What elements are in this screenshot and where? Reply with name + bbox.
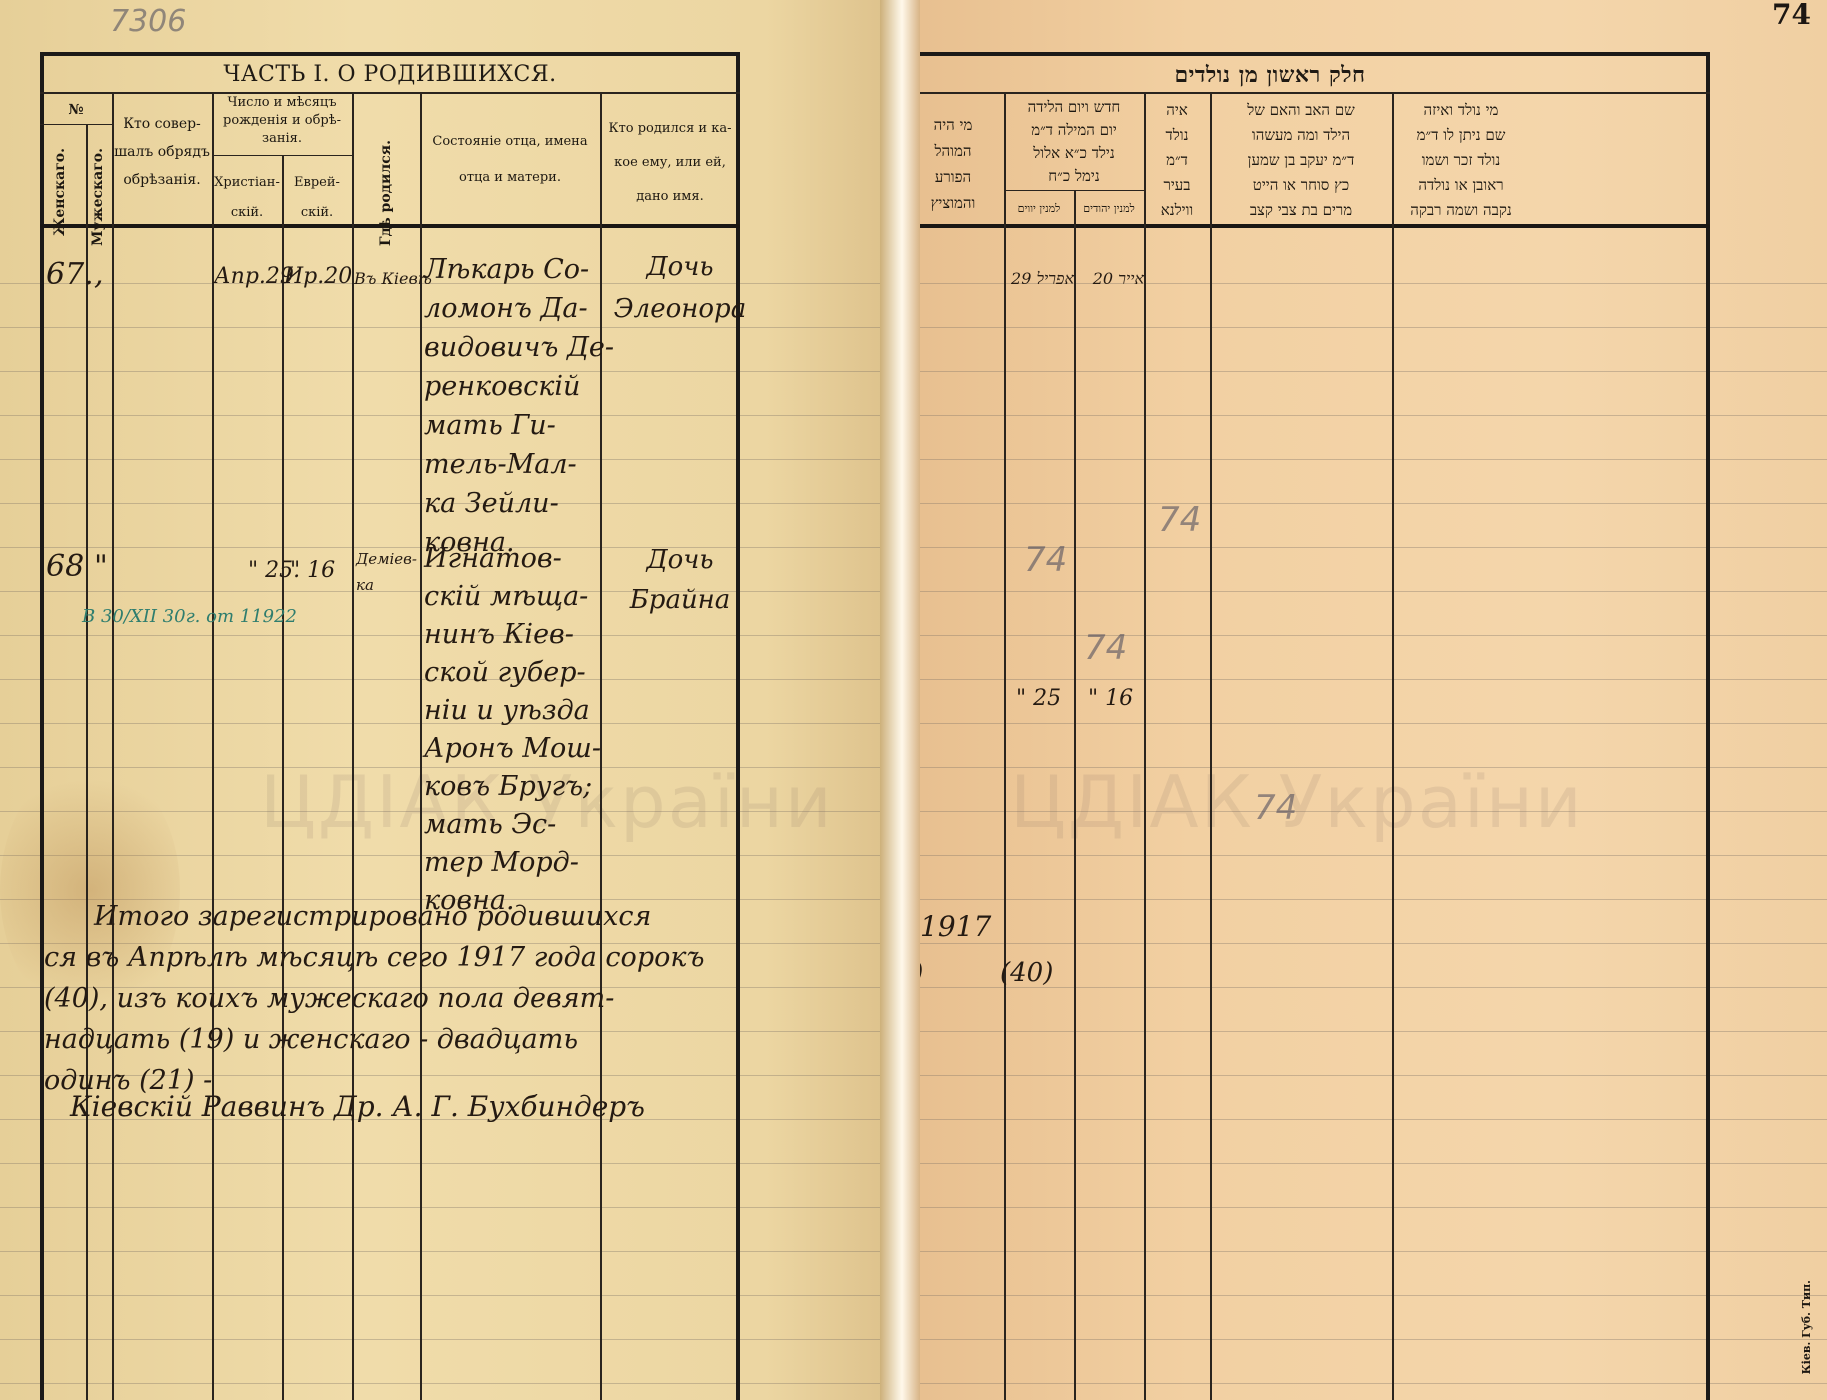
child-name: Дочь Элеонора (610, 246, 750, 330)
left-page-title: ЧАСТЬ I. О РОДИВШИХСЯ. (40, 62, 740, 87)
birth-place: Демiев- ка (356, 546, 417, 598)
jewish-date: אייר 20 (1076, 252, 1144, 306)
place-header-line: בעיר (1144, 173, 1210, 198)
gregorian-date: אפריל 29 (1006, 252, 1074, 306)
parents-header-line: שם האב והאם של (1210, 98, 1392, 123)
child-line: Брайна (610, 580, 750, 620)
christian-header-line: Христіан- (212, 168, 282, 198)
child-name: Дочь Брайна (610, 540, 750, 620)
pencil-page-mark: 74 (1084, 628, 1127, 668)
parents-header-line: отца и матери. (420, 160, 600, 196)
date-header-line: נילד כ״א אלול (1004, 142, 1144, 165)
summary-line: (40), изъ коихъ мужескаго пола девят- (44, 978, 764, 1019)
gregorian-header: למנין יווים (1004, 196, 1074, 222)
parents-line: тель-Мал- (424, 445, 614, 484)
christian-header-line: скій. (212, 198, 282, 228)
jewish-header-line: Еврей- (282, 168, 352, 198)
sub-divider (1004, 190, 1144, 191)
place-header-line: איה (1144, 98, 1210, 123)
parents-line: Лѣкарь Со- (424, 250, 614, 289)
date-header-line: Число и мѣсяцъ (212, 94, 352, 112)
place-header-line: ווילנא (1144, 198, 1210, 223)
printer-mark: Кiев. Губ. Тип. (1800, 1280, 1813, 1374)
child-line: Дочь (610, 540, 750, 580)
page-number: 74 (1772, 0, 1811, 31)
parents-header-line: Состояніе отца, имена (420, 124, 600, 160)
parents-header-line: כץ סוחר או הייט (1210, 173, 1392, 198)
col-line (86, 125, 88, 1400)
entry-male-mark: , (94, 248, 104, 302)
entry-number: 67. (46, 248, 94, 302)
parents-line: мать Ги- (424, 406, 614, 445)
mohel-header-line: והמוציץ (920, 190, 1004, 216)
date-header-line: חדש ויום הלידה (1004, 96, 1144, 119)
child-header: Кто родился и ка- кое ему, или ей, дано … (600, 112, 740, 214)
archive-number: 7306 (110, 4, 186, 39)
place-header-line: ד״מ (1144, 148, 1210, 173)
entry-male-mark: " (94, 540, 108, 594)
date-header-line: יום המילה ד״מ (1004, 119, 1144, 142)
parents-line: скій мѣща- (424, 578, 601, 616)
child-header: מי נולד ואיזה שם ניתן לו ד״מ נולד זכר וש… (1392, 98, 1530, 223)
col-line (1144, 92, 1146, 1400)
child-header-line: кое ему, или ей, (600, 146, 740, 180)
parents-header-line: הילד ומה מעשהו (1210, 123, 1392, 148)
jewish-date: " 16 (1088, 672, 1133, 726)
right-page-title: חלק ראשון מן נולדים (920, 62, 1710, 88)
col-line (282, 155, 284, 1400)
parents-header-line: מרים בת צבי קצב (1210, 198, 1392, 223)
place-header: איה נולד ד״מ בעיר ווילנא (1144, 98, 1210, 223)
parents-line: ковъ Бругъ; (424, 768, 601, 806)
hebrew-summary-year: 1917 (920, 900, 991, 954)
col-line (1210, 92, 1212, 1400)
date-header-line: נימל כ״ח (1004, 165, 1144, 188)
parents-line: ніи и уѣзда (424, 692, 601, 730)
parents-line: тер Морд- (424, 844, 601, 882)
performer-header-line: Кто совер- (112, 110, 212, 138)
hebrew-summary-count-male: (19) (920, 946, 923, 1000)
child-line: Элеонора (610, 288, 750, 330)
pencil-page-mark: 74 (1024, 540, 1067, 580)
child-header-line: Кто родился и ка- (600, 112, 740, 146)
child-header-line: ראובן או נולדה (1392, 173, 1530, 198)
date-header: חדש ויום הלידה יום המילה ד״מ נילד כ״א אל… (1004, 96, 1144, 188)
male-header: Мужескаго. (90, 148, 106, 246)
jewish-date: Ир.20 (284, 250, 352, 304)
jewish-header-line: скій. (282, 198, 352, 228)
parents-header: Состояніе отца, имена отца и матери. (420, 124, 600, 196)
place-header-line: נולד (1144, 123, 1210, 148)
mohel-header-line: מי היה (920, 112, 1004, 138)
parents-line: ренковскій (424, 367, 614, 406)
female-header: Женскаго. (52, 148, 68, 236)
sub-divider (40, 124, 112, 125)
mohel-header-line: המוהל (920, 138, 1004, 164)
summary-line: надцать (19) и женскаго - двадцать (44, 1019, 764, 1060)
summary-line: ся въ Апрѣлѣ мѣсяцѣ сего 1917 года сорок… (44, 937, 764, 978)
child-header-line: дано имя. (600, 180, 740, 214)
date-header: Число и мѣсяцъ рожденія и обрѣ- занія. (212, 94, 352, 148)
left-page: ЦДІАК України 7306 ЧАСТЬ I. О РОДИВШИХСЯ… (0, 0, 900, 1400)
parents-text: Игнатов- скій мѣща- нинъ Кіев- ской губе… (424, 540, 601, 920)
col-line (1074, 190, 1076, 1400)
jewish-date: " 16 (290, 544, 335, 598)
gregorian-date: " 25 (1016, 672, 1061, 726)
parents-line: Аронъ Мош- (424, 730, 601, 768)
child-line: Дочь (610, 246, 750, 288)
right-page: ЦДІАК України 74 חלק ראשון מן נולדים מספ… (920, 0, 1827, 1400)
number-header: № (40, 96, 112, 124)
place-line: Демiев- (356, 546, 417, 572)
mohel-header: מי היה המוהל הפורע והמוציץ (920, 112, 1004, 216)
performer-header-line: обрѣзанія. (112, 166, 212, 194)
mohel-header-line: הפורע (920, 164, 1004, 190)
parents-line: нинъ Кіев- (424, 616, 601, 654)
jewish-header: Еврей- скій. (282, 168, 352, 228)
hebrew-summary-count-total: (40) (1000, 946, 1053, 1000)
performer-header-line: шалъ обрядъ (112, 138, 212, 166)
green-annotation: В 30/XII 30г. от 11922 (82, 590, 297, 644)
sub-divider (212, 155, 352, 156)
entry-number: 68 (46, 540, 84, 594)
parents-header: שם האב והאם של הילד ומה מעשהו ד״מ יעקב ב… (1210, 98, 1392, 223)
header-divider (920, 224, 1710, 228)
child-header-line: נולד זכר ושמו (1392, 148, 1530, 173)
col-line (112, 92, 114, 1400)
monthly-summary: Итого зарегистрировано родившихся ся въ … (44, 896, 764, 1101)
parents-line: Игнатов- (424, 540, 601, 578)
pencil-page-mark: 74 (1254, 788, 1297, 828)
performer-header: Кто совер- шалъ обрядъ обрѣзанія. (112, 110, 212, 194)
rabbi-signature: Кіевскій Раввинъ Др. А. Г. Бухбиндеръ (70, 1080, 645, 1134)
parents-line: видовичъ Де- (424, 328, 614, 367)
title-divider (40, 92, 740, 94)
place-header: Гдѣ родился. (378, 140, 394, 246)
parents-line: ка Зейли- (424, 484, 614, 523)
parents-header-line: ד״מ יעקב בן שמען (1210, 148, 1392, 173)
date-header-line: рожденія и обрѣ- (212, 112, 352, 130)
birth-place: Въ Кіевѣ (354, 252, 432, 306)
summary-line: Итого зарегистрировано родившихся (44, 896, 764, 937)
child-header-line: מי נולד ואיזה (1392, 98, 1530, 123)
place-line: ка (356, 572, 417, 598)
jewish-calendar-header: למנין יהודים (1074, 196, 1144, 222)
parents-line: ской губер- (424, 654, 601, 692)
date-header-line: занія. (212, 130, 352, 148)
pencil-page-mark: 74 (1158, 500, 1201, 540)
christian-date: Апр.29 (214, 250, 294, 304)
parents-line: ломонъ Да- (424, 289, 614, 328)
parents-line: мать Эс- (424, 806, 601, 844)
parents-text: Лѣкарь Со- ломонъ Да- видовичъ Де- ренко… (424, 250, 614, 562)
child-header-line: נקבה ושמה רבקה (1392, 198, 1530, 223)
christian-header: Христіан- скій. (212, 168, 282, 228)
title-divider (920, 92, 1710, 94)
child-header-line: שם ניתן לו ד״מ (1392, 123, 1530, 148)
book-gutter (880, 0, 920, 1400)
col-line (1392, 92, 1394, 1400)
